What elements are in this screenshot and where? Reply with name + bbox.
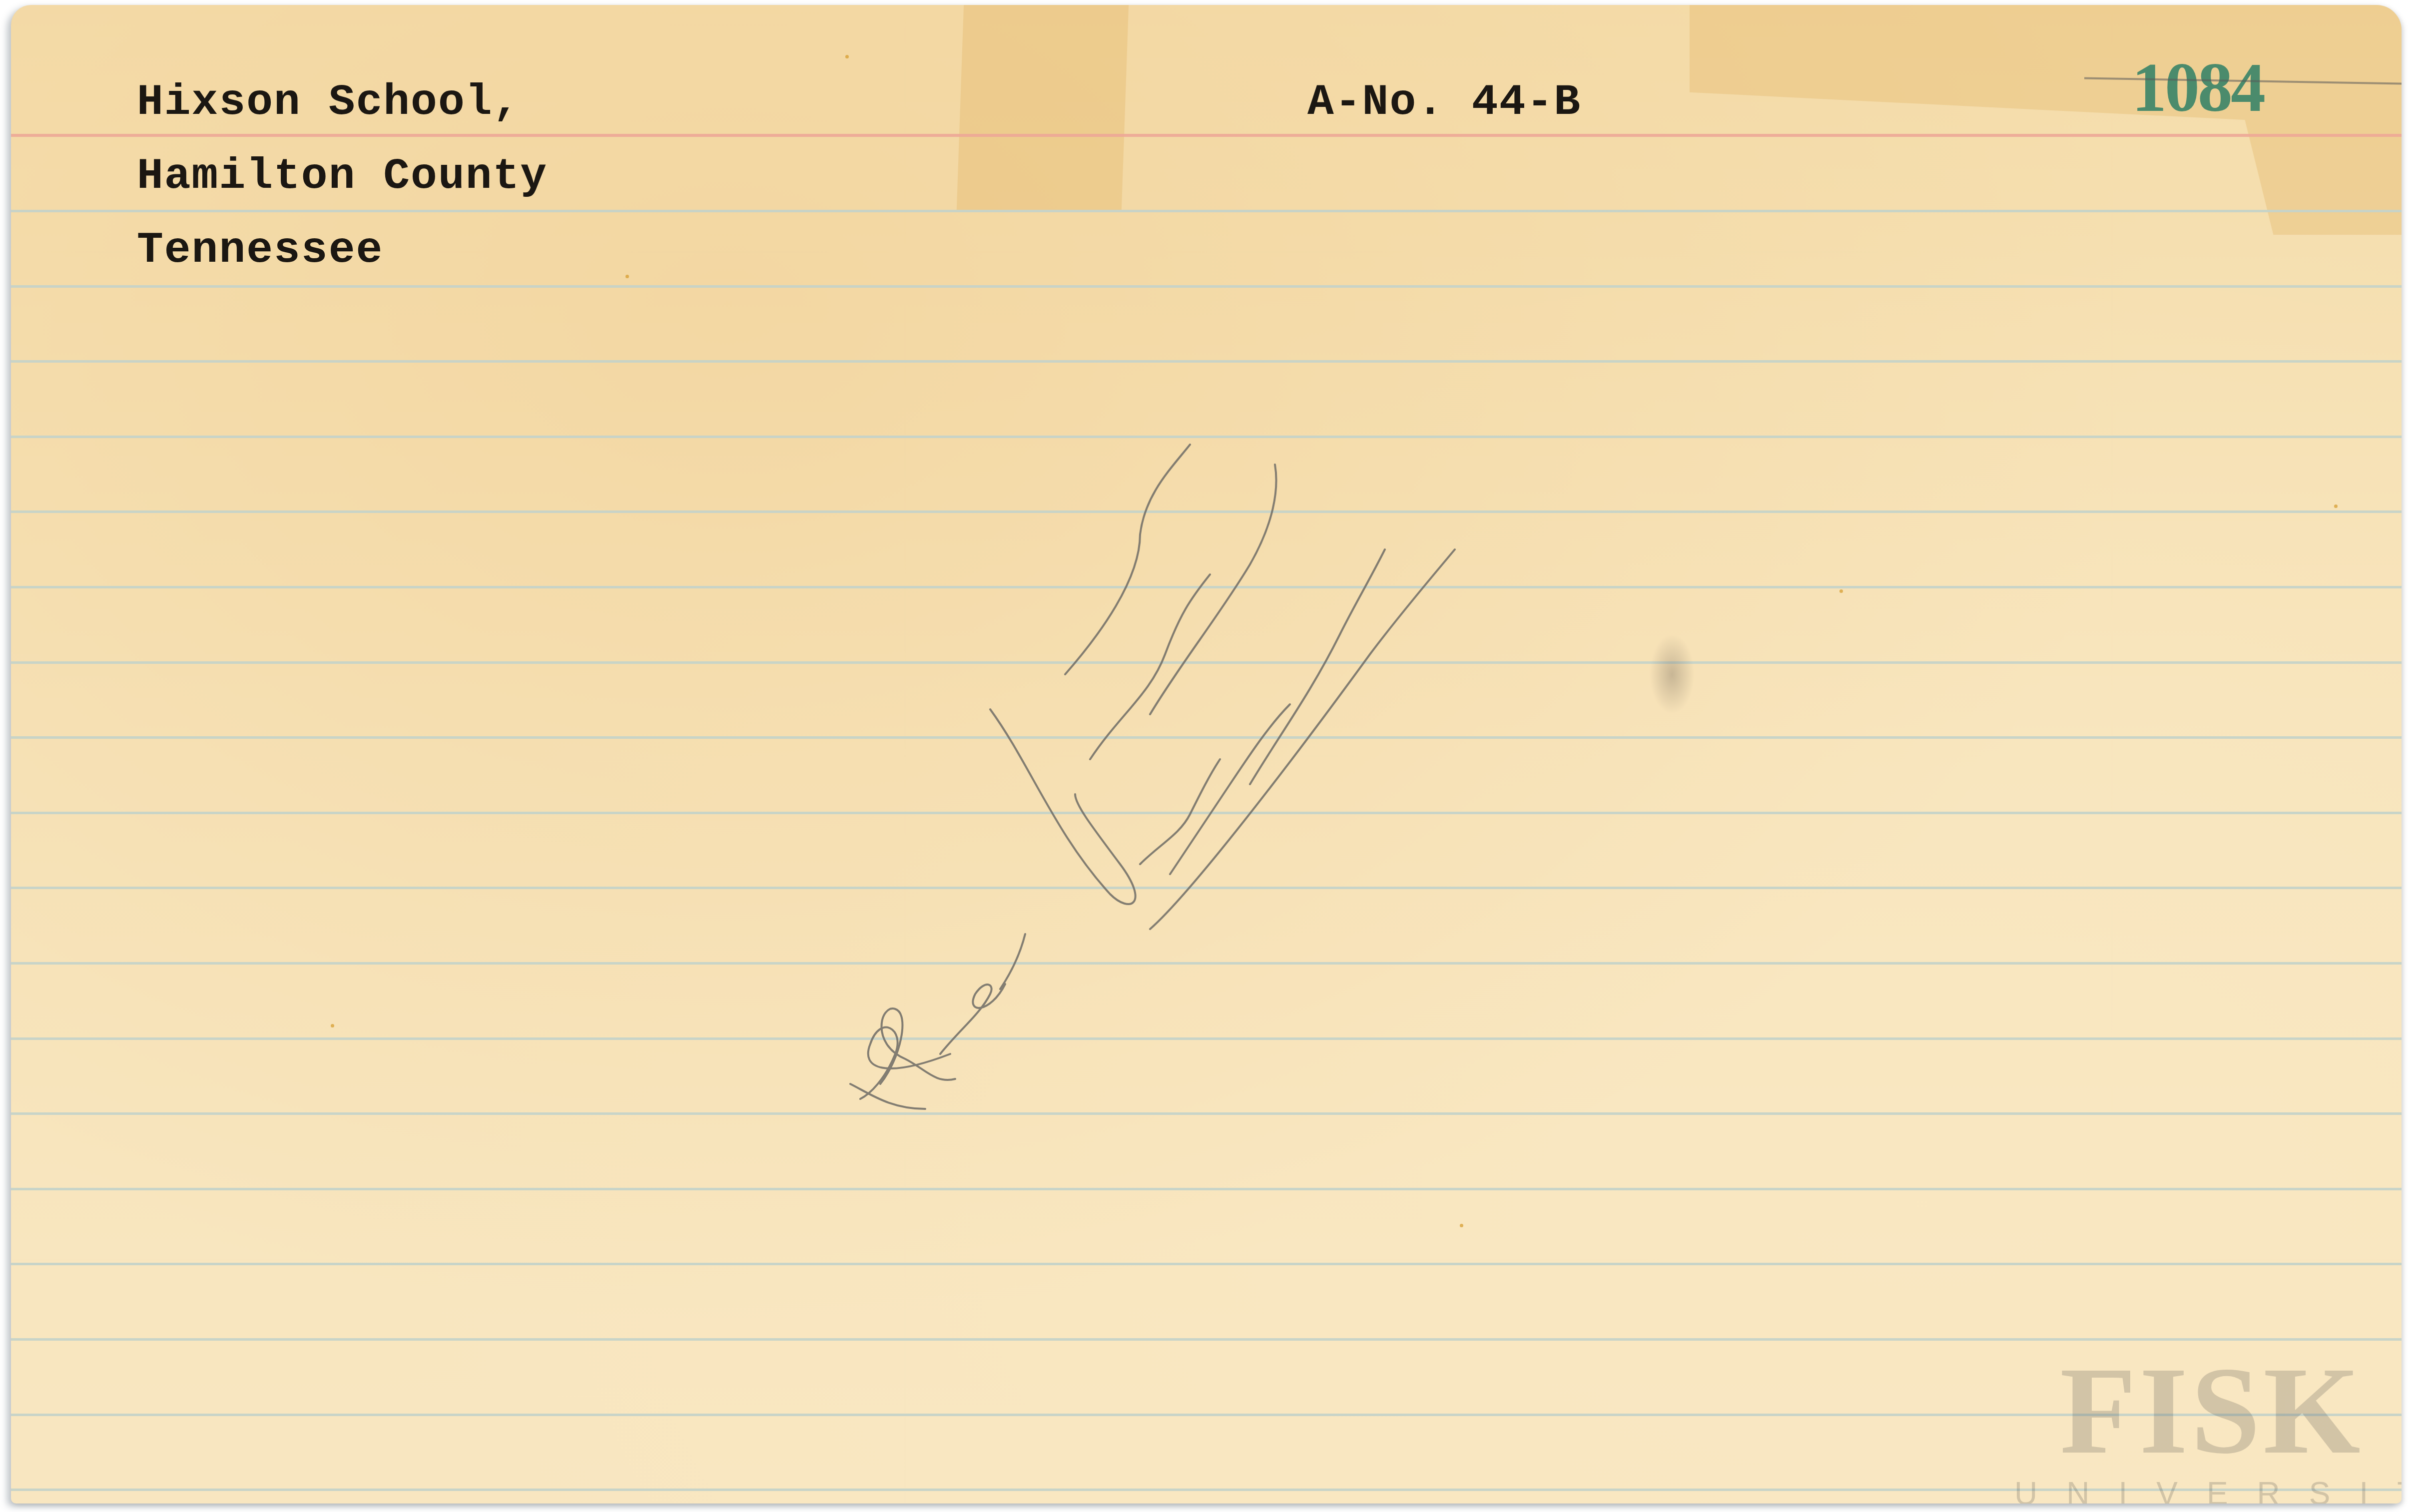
paper-fleck xyxy=(1460,1224,1463,1227)
paper-fleck xyxy=(1839,589,1843,593)
state-name: Tennessee xyxy=(137,229,383,273)
handwritten-note: Have picture made xyxy=(840,415,1490,1114)
ruled-line xyxy=(11,1188,2402,1190)
tape-strip xyxy=(957,5,1129,210)
ruled-line xyxy=(11,360,2402,363)
county-name: Hamilton County xyxy=(137,155,548,199)
school-name: Hixson School, xyxy=(137,81,520,125)
header-red-rule xyxy=(11,134,2402,137)
watermark-main: FISK xyxy=(2014,1349,2402,1474)
ruled-line xyxy=(11,285,2402,288)
index-card: Hixson School, Hamilton County Tennessee… xyxy=(11,5,2402,1504)
paper-fleck xyxy=(625,275,629,278)
paper-fleck xyxy=(331,1024,334,1027)
ruled-line xyxy=(11,1338,2402,1341)
ruled-line xyxy=(11,1263,2402,1265)
watermark-sub: UNIVERSITY xyxy=(2014,1478,2402,1504)
ruled-line xyxy=(11,210,2402,212)
paper-fleck xyxy=(2334,504,2338,508)
tape-strip xyxy=(1690,5,2402,235)
paper-fleck xyxy=(845,55,849,58)
fisk-university-watermark: FISK UNIVERSITY xyxy=(2014,1349,2402,1504)
pencil-script-icon xyxy=(840,415,1490,1114)
accession-number: A-No. 44-B xyxy=(1307,81,1581,125)
pencil-smudge xyxy=(1650,634,1695,714)
stamped-number: 1084 xyxy=(2132,53,2264,123)
